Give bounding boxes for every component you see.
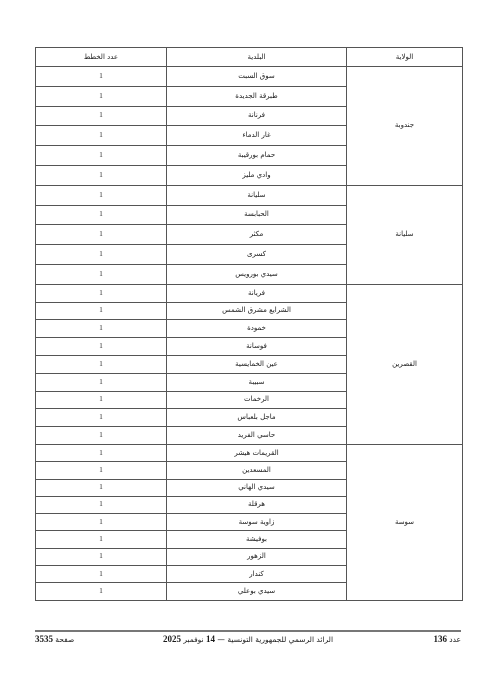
header-municipality: البلدية [167,48,347,67]
municipality-cell: سيدي بورويس [167,264,347,284]
footer-divider [35,630,461,632]
count-cell: 1 [36,302,167,320]
municipality-cell: سوق السبت [167,67,347,87]
municipality-cell: الشرايع مشرق الشمس [167,302,347,320]
count-cell: 1 [36,462,167,479]
municipality-cell: خمودة [167,320,347,338]
municipality-cell: حاسي الفريد [167,427,347,445]
count-cell: 1 [36,391,167,409]
issue-value: 136 [433,634,447,644]
count-cell: 1 [36,548,167,565]
count-cell: 1 [36,496,167,513]
municipality-cell: وادي مليز [167,165,347,185]
municipality-cell: هرقلة [167,496,347,513]
count-cell: 1 [36,531,167,548]
table-row: جندوبة سوق السبت 1 [36,67,463,87]
page-number: صفحة 3535 [35,634,74,644]
count-cell: 1 [36,264,167,284]
municipality-cell: طبرقة الجديدة [167,86,347,106]
table-body: جندوبة سوق السبت 1 طبرقة الجديدة 1 فرنان… [36,67,463,601]
municipality-cell: سيدي الهاني [167,479,347,496]
municipal-plans-table: الولاية البلدية عدد الخطط جندوبة سوق الس… [35,47,463,601]
issue-label: عدد [449,635,461,644]
header-governorate: الولاية [347,48,463,67]
municipality-cell: الحبابسة [167,205,347,225]
municipality-cell: حمام بورقيبة [167,146,347,166]
footer-dash: — [217,635,225,644]
count-cell: 1 [36,225,167,245]
municipality-cell: المسعدين [167,462,347,479]
count-cell: 1 [36,444,167,461]
count-cell: 1 [36,514,167,531]
table-row: القصرين فريانة 1 [36,284,463,302]
count-cell: 1 [36,205,167,225]
date-month: نوفمبر [183,635,203,644]
municipality-cell: عين الخمايسية [167,355,347,373]
municipality-cell: فوسانة [167,338,347,356]
governorate-cell: سوسة [347,444,463,600]
count-cell: 1 [36,338,167,356]
table-row: سليانة سليانة 1 [36,185,463,205]
municipality-cell: زاوية سوسة [167,514,347,531]
municipality-cell: سيدي بوعلي [167,583,347,600]
table-row: سوسة القريمات هيشر 1 [36,444,463,461]
count-cell: 1 [36,245,167,265]
issue-number: عدد 136 [433,634,461,644]
page-footer: عدد 136 الرائد الرسمي للجمهورية التونسية… [35,634,461,648]
governorate-cell: سليانة [347,185,463,284]
header-count: عدد الخطط [36,48,167,67]
date-year: 2025 [163,634,181,644]
municipality-cell: كسرى [167,245,347,265]
count-cell: 1 [36,355,167,373]
count-cell: 1 [36,373,167,391]
municipality-cell: كندار [167,566,347,583]
count-cell: 1 [36,67,167,87]
count-cell: 1 [36,185,167,205]
publication-name: الرائد الرسمي للجمهورية التونسية [227,635,333,644]
page-label: صفحة [55,635,74,644]
count-cell: 1 [36,479,167,496]
municipality-cell: سليانة [167,185,347,205]
municipality-cell: القريمات هيشر [167,444,347,461]
municipality-cell: ماجل بلعباس [167,409,347,427]
count-cell: 1 [36,146,167,166]
count-cell: 1 [36,320,167,338]
municipality-cell: فريانة [167,284,347,302]
count-cell: 1 [36,284,167,302]
count-cell: 1 [36,165,167,185]
table-header-row: الولاية البلدية عدد الخطط [36,48,463,67]
municipality-cell: غار الدماء [167,126,347,146]
count-cell: 1 [36,427,167,445]
count-cell: 1 [36,409,167,427]
municipality-cell: بوفيشة [167,531,347,548]
municipality-cell: الزهور [167,548,347,565]
municipality-cell: سبيبة [167,373,347,391]
governorate-cell: جندوبة [347,67,463,186]
governorate-cell: القصرين [347,284,463,444]
count-cell: 1 [36,126,167,146]
municipality-cell: الرخمات [167,391,347,409]
count-cell: 1 [36,583,167,600]
page-value: 3535 [35,634,53,644]
count-cell: 1 [36,106,167,126]
municipality-cell: فرنانة [167,106,347,126]
count-cell: 1 [36,566,167,583]
publication-line: الرائد الرسمي للجمهورية التونسية — 14 نو… [163,634,333,644]
count-cell: 1 [36,86,167,106]
municipality-cell: مكثر [167,225,347,245]
date-day: 14 [206,634,215,644]
